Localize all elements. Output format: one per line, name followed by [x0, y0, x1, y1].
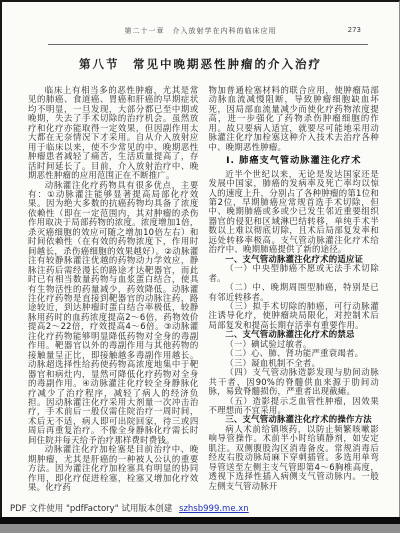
- section-title: 第八节 常见中晚期恶性肿瘤的介入治疗: [2, 56, 399, 72]
- next-page-top: [0, 533, 400, 560]
- chapter-title: 第二十一章 介入放射学在内科的临床应用: [2, 26, 399, 36]
- page-number: 273: [348, 26, 361, 34]
- scanned-page: 第二十一章 介入放射学在内科的临床应用 273 第八节 常见中晚期恶性肿瘤的介入…: [0, 0, 400, 518]
- left-column: 临床上有相当多的恶性肿瘤，尤其是常见的肺癌、食道癌、胃癌和肝癌的早期症状均不明显…: [28, 86, 199, 492]
- header-rule: [48, 44, 368, 45]
- paragraph: 病人术前给镇咳药，以防止频繁咳嗽影响导管操作。术前半小时给镇静剂，如安定肌注。双…: [209, 425, 380, 491]
- pdf-watermark: PDF 文件使用 "pdfFactory" 试用版本创建 szhsb999.me…: [10, 502, 391, 515]
- paragraph-continuation: 物加普通栓塞材料的联合应用，使肿瘤局部动脉血流减慢阻断，导致肿瘤细胞缺血坏死，因…: [209, 86, 380, 152]
- watermark-link[interactable]: szhsb999.me.xn: [179, 504, 249, 514]
- list-item: （四）支气管动脉造影发现与肋间动脉共干者，因90%的脊髓供血来源于肋间动脉，易致…: [209, 368, 380, 396]
- page-separator: [0, 524, 400, 533]
- subsection-main-heading: Ⅰ. 肺癌支气管动脉灌注化疗术: [209, 156, 380, 165]
- list-item: （五）造影提示乏血管性肿瘤，因效果不理想而不宜采用。: [209, 397, 380, 416]
- paragraph: 动脉灌注化疗药物具有很多优点，主要有：①动脉灌注能够显著提高局部化疗效果。因为绝…: [28, 181, 199, 446]
- paragraph: 临床上有相当多的恶性肿瘤，尤其是常见的肺癌、食道癌、胃癌和肝癌的早期症状均不明显…: [28, 86, 199, 181]
- paragraph: 动脉灌注化疗加栓塞是目前治疗中、晚期肿瘤，尤其是肝癌的一种被人公认的重要方法。因…: [28, 445, 199, 492]
- list-item: （三）拟手术切除的肺癌，可行动脉灌注诱导化疗，使肿瘤块局限化，对控制术后局部复发…: [209, 302, 380, 330]
- right-column: 物加普通栓塞材料的联合应用，使肿瘤局部动脉血流减慢阻断，导致肿瘤细胞缺血坏死，因…: [209, 86, 380, 492]
- paragraph: 近半个世纪以来，无论是发达国家还是发展中国家，肺癌的发病率及死亡率均以惊人的速度…: [209, 170, 380, 255]
- list-item: （二）中、晚期周围型肺癌，特别是已有邻近转移者。: [209, 283, 380, 302]
- list-item: （一）中央型肺癌不愿或无法手术切除者。: [209, 264, 380, 283]
- watermark-text: PDF 文件使用 "pdfFactory" 试用版本创建: [10, 504, 172, 514]
- text-columns: 临床上有相当多的恶性肿瘤，尤其是常见的肺癌、食道癌、胃癌和肝癌的早期症状均不明显…: [28, 86, 379, 492]
- page-header: 第二十一章 介入放射学在内科的临床应用 273: [2, 26, 399, 40]
- page-bottom-edge: [0, 517, 400, 524]
